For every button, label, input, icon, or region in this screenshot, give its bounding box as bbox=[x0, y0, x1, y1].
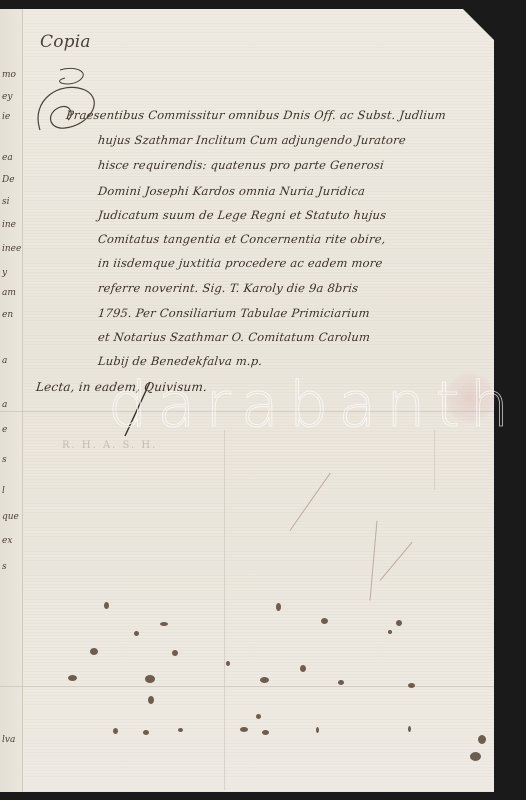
document-line: hujus Szathmar Inclitum Cum adjungendo J… bbox=[97, 133, 406, 147]
document-line: Domini Josephi Kardos omnia Nuria Juridi… bbox=[97, 184, 366, 198]
ink-blot bbox=[408, 726, 411, 732]
margin-fragment: s bbox=[2, 562, 7, 572]
fold-line-vertical bbox=[224, 430, 226, 790]
margin-fragment: en bbox=[2, 310, 13, 320]
ink-blot bbox=[276, 603, 281, 611]
margin-fragment: ie bbox=[2, 112, 10, 122]
margin-fragment: ey bbox=[2, 92, 12, 102]
document-line: Praesentibus Commissitur omnibus Dnis Of… bbox=[65, 108, 446, 122]
ink-blot bbox=[470, 752, 481, 761]
margin-fragment: mo bbox=[2, 70, 16, 80]
ink-blot bbox=[388, 630, 392, 634]
margin-fragment: l bbox=[2, 486, 5, 496]
margin-fragment: am bbox=[2, 288, 16, 298]
margin-fragment: ea bbox=[2, 153, 13, 163]
ink-blot bbox=[408, 683, 415, 688]
document-line: in iisdemque juxtitia procedere ac eadem… bbox=[97, 256, 383, 270]
ink-blot bbox=[321, 618, 328, 624]
fold-line-horizontal-lower bbox=[0, 686, 494, 688]
ink-blot bbox=[160, 622, 168, 626]
document-line: et Notarius Szathmar O. Comitatum Carolu… bbox=[97, 330, 371, 344]
ink-blot bbox=[143, 730, 149, 735]
ink-blot bbox=[260, 677, 269, 683]
margin-fragment: que bbox=[2, 512, 19, 522]
margin-fragment: a bbox=[2, 356, 7, 366]
ink-blot bbox=[316, 727, 319, 733]
calligraphic-flourish-icon bbox=[30, 60, 110, 135]
margin-fragment: ine bbox=[2, 220, 16, 230]
margin-fragment: ex bbox=[2, 536, 12, 546]
ink-blot bbox=[68, 675, 77, 681]
margin-fragment: a bbox=[2, 400, 7, 410]
watermark-text: darabanth bbox=[108, 368, 519, 441]
ink-blot bbox=[104, 602, 109, 609]
ink-blot bbox=[240, 727, 248, 732]
ink-blot bbox=[90, 648, 98, 655]
margin-fragment: e bbox=[2, 425, 7, 435]
margin-fragment: s bbox=[2, 455, 7, 465]
ink-blot bbox=[396, 620, 402, 626]
ink-blot bbox=[172, 650, 178, 656]
ink-blot bbox=[145, 675, 155, 683]
document-line: hisce requirendis: quatenus pro parte Ge… bbox=[97, 158, 384, 172]
document-line: Judicatum suum de Lege Regni et Statuto … bbox=[97, 208, 387, 222]
ink-blot bbox=[113, 728, 118, 734]
document-line: referre noverint. Sig. T. Karoly die 9a … bbox=[97, 281, 359, 295]
ink-blot bbox=[256, 714, 261, 719]
margin-fragment: si bbox=[2, 197, 10, 207]
faint-stamp-text: R. H. A. S. H. bbox=[62, 440, 157, 451]
ink-blot bbox=[338, 680, 344, 685]
scanned-document-viewer: mo ey ie ea De si ine inee y am en a a e… bbox=[0, 0, 526, 800]
margin-fragment: y bbox=[2, 268, 7, 278]
ink-blot bbox=[262, 730, 269, 735]
margin-fragment: lva bbox=[2, 735, 15, 745]
document-heading: Copia bbox=[40, 32, 91, 52]
document-line: Comitatus tangentia et Concernentia rite… bbox=[97, 232, 386, 246]
ink-blot bbox=[134, 631, 139, 636]
margin-fragment: inee bbox=[2, 244, 21, 254]
ink-blot bbox=[478, 735, 486, 744]
margin-fragment: De bbox=[2, 175, 15, 185]
document-line: 1795. Per Consiliarium Tabulae Primiciar… bbox=[97, 306, 370, 320]
ink-blot bbox=[226, 661, 230, 666]
ink-blot bbox=[148, 696, 154, 704]
document-line: Lubij de Benedekfalva m.p. bbox=[97, 354, 263, 368]
ink-blot bbox=[178, 728, 183, 732]
ink-blot bbox=[300, 665, 306, 672]
